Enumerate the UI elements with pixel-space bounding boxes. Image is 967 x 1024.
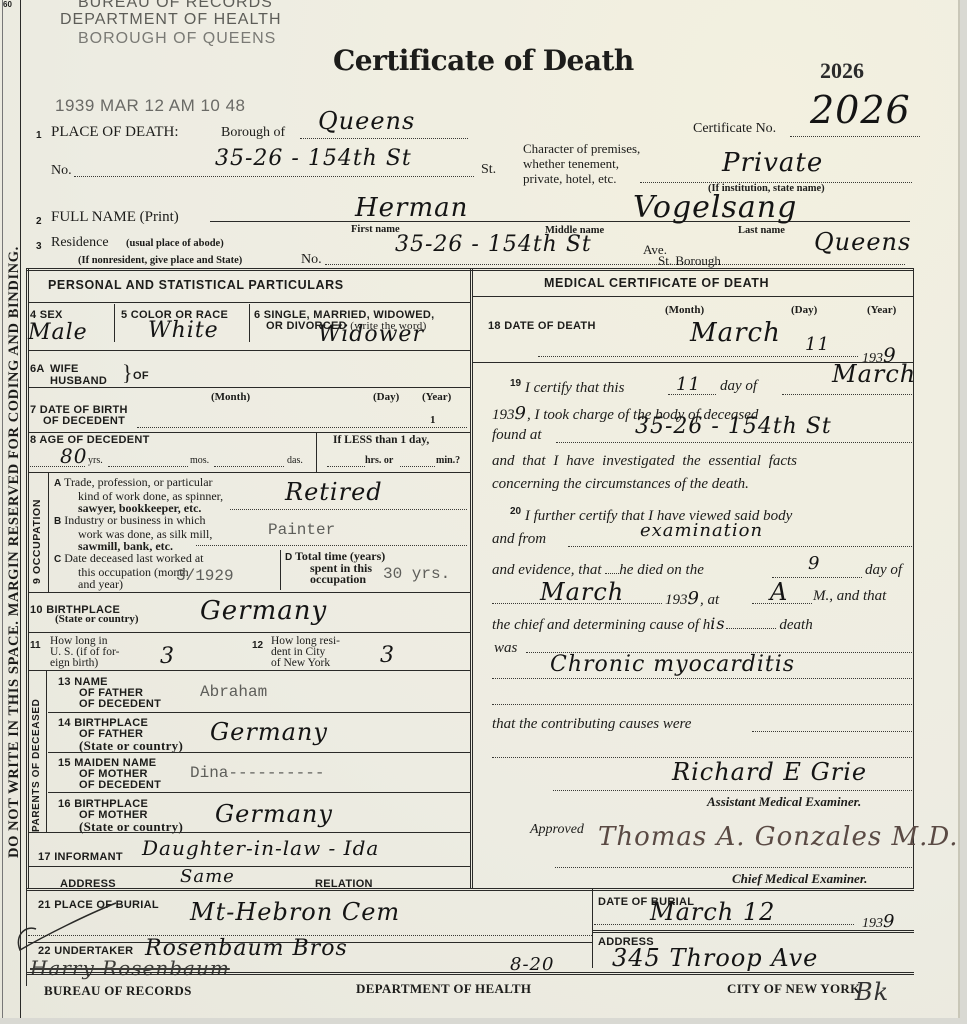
certificate-number-value: 2026 [810,88,911,132]
first-name-value: Herman [355,193,468,223]
burial-date-value: March 12 [650,898,775,926]
father-name-value: Abraham [200,683,267,701]
margin-note: DO NOT WRITE IN THIS SPACE. MARGIN RESER… [6,246,23,858]
assistant-examiner-signature: Richard E Grie [672,758,867,786]
corner-mark: 60 [3,0,12,9]
medical-section-heading: MEDICAL CERTIFICATE OF DEATH [544,276,769,290]
sex-value: Male [28,320,88,345]
page-title: Certificate of Death [333,44,634,77]
years-in-nyc-value: 3 [380,643,395,668]
footer-department: DEPARTMENT OF HEALTH [356,981,531,997]
certificate-number-label: Certificate No. [693,121,776,137]
full-name-label: FULL NAME (Print) [51,209,179,226]
cert20-died-day-value: 9 [808,553,820,574]
clerk-initials: Bk [855,978,889,1006]
years-in-nyc-label: How long resi- dent in City of New York [271,636,340,669]
undertaker-address-value: 345 Throop Ave [612,944,818,972]
informant-value: Daughter-in-law - Ida [142,836,379,860]
death-month-value: March [690,318,781,348]
occupation-trade-value: Retired [285,478,383,506]
stamp-line2: DEPARTMENT OF HEALTH [60,11,282,29]
informant-address-value: Same [180,866,235,887]
place-of-death-value: Queens [318,107,415,135]
footer-city: CITY OF NEW YORK [727,981,861,997]
cert20-from-value: examination [640,520,763,541]
approved-label: Approved [530,822,584,838]
stamp-line3: BOROUGH OF QUEENS [78,30,276,48]
cert19-found-at-value: 35-26 - 154th St [635,414,832,439]
cert20-died-month-value: March [540,578,624,606]
cert19-day-value: 11 [676,374,701,395]
death-certificate-page: 60 DO NOT WRITE IN THIS SPACE. MARGIN RE… [0,0,960,1018]
premises-label: Character of premises, whether tenement,… [523,141,640,186]
occupation-total-time-value: 30 yrs. [383,565,450,583]
mother-name-value: Dina---------- [190,764,324,782]
birthplace-value: Germany [200,596,327,626]
occupation-d-label: D Total time (years) spent in this occup… [285,551,385,585]
years-in-us-value: 3 [160,644,175,669]
premises-value: Private [722,148,823,178]
cert19-line1: 19 I certify that this [510,378,624,397]
edge-rule [2,0,3,1018]
marital-status-value: Widower [318,322,424,347]
occupation-section-label: 9 OCCUPATION [31,499,43,584]
death-street-value: 35-26 - 154th St [215,146,412,171]
chief-examiner-signature: Thomas A. Gonzales M.D. [598,822,959,852]
birth-year-value: 1 [430,414,436,426]
occupation-a-label: A Trade, profession, or particular kind … [54,476,223,514]
occupation-last-worked-value: 3/1929 [176,567,234,585]
footer-bureau: BUREAU OF RECORDS [44,983,192,999]
place-of-death-label: PLACE OF DEATH: [51,124,179,141]
mother-birthplace-value: Germany [215,800,333,828]
cert19-month-value: March [832,360,916,388]
father-name-label: 13 NAME OF FATHER OF DECEDENT [58,677,161,710]
last-name-value: Vogelsang [633,190,797,225]
personal-section-heading: PERSONAL AND STATISTICAL PARTICULARS [48,278,344,292]
father-birthplace-label: 14 BIRTHPLACE OF FATHER (State or countr… [58,718,183,751]
cause-of-death-value: Chronic myocarditis [550,652,795,677]
years-in-us-label: How long in U. S. (if of for- eign birth… [50,636,119,669]
father-birthplace-value: Germany [210,718,328,746]
certificate-number-stamped: 2026 [820,58,864,84]
parents-section-label: PARENTS OF DECEASED [31,699,42,832]
occupation-industry-value: Painter [268,521,335,539]
occupation-b-label: B Industry or business in which work was… [54,514,212,552]
undertaker-struck-value: Harry Rosenbaum [30,956,230,980]
age-years-value: 80 [60,444,87,468]
mother-name-label: 15 MAIDEN NAME OF MOTHER OF DECEDENT [58,758,161,791]
death-day-value: 11 [805,334,830,355]
checkmark-icon [6,895,126,955]
mother-birthplace-label: 16 BIRTHPLACE OF MOTHER (State or countr… [58,799,183,832]
received-stamp: 1939 MAR 12 AM 10 48 [55,96,246,116]
residence-borough-value: Queens [814,228,911,256]
residence-value: 35-26 - 154th St [395,232,592,257]
color-value: White [148,318,219,343]
cert20-time-value: A [770,578,788,606]
place-of-burial-value: Mt-Hebron Cem [190,898,400,926]
